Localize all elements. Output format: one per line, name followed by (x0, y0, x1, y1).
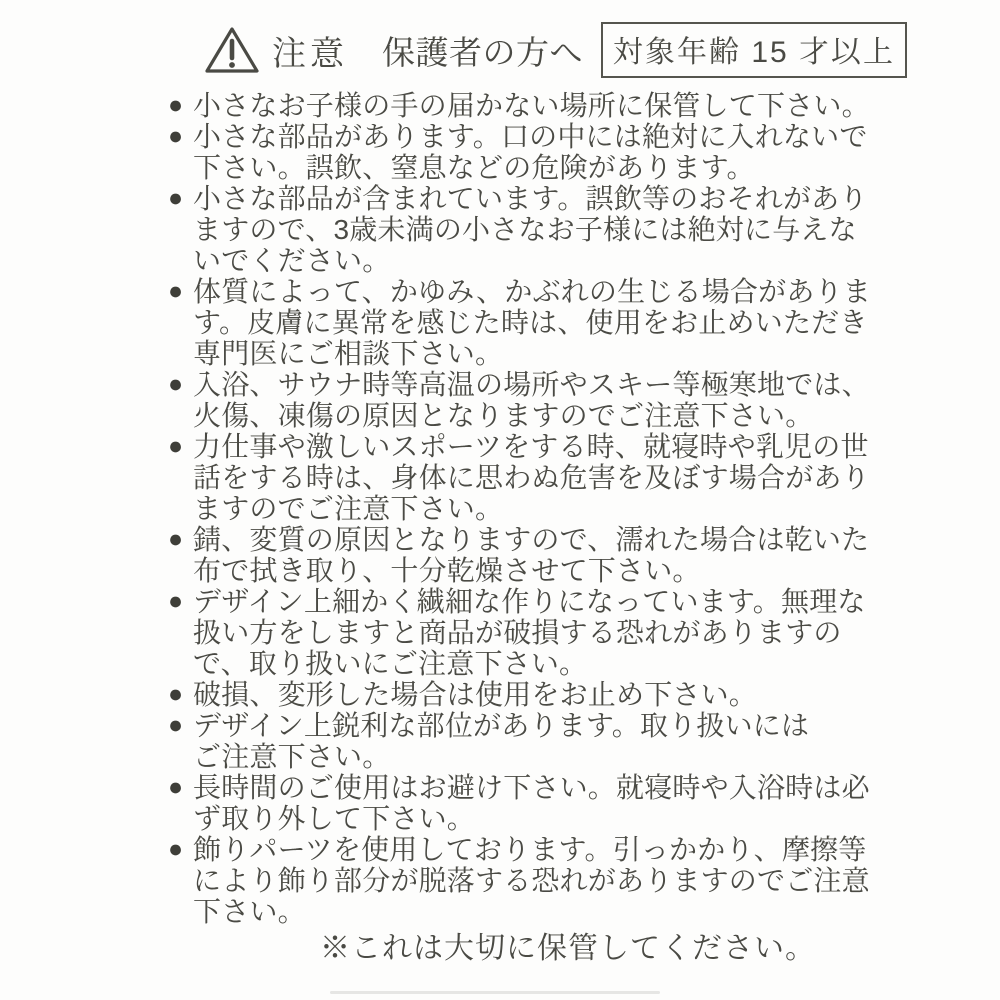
warning-list: ● 小さなお子様の手の届かない場所に保管して下さい。 ● 小さな部品があります。… (168, 90, 898, 967)
warning-item: ● 破損、変形した場合は使用をお止め下さい。 (168, 679, 898, 710)
keep-note: ※これは大切に保管してください。 (168, 931, 898, 967)
warning-item: ● 小さな部品があります。口の中には絶対に入れないで 下さい。誤飲、窒息などの危… (168, 121, 898, 183)
bullet-icon: ● (168, 90, 193, 121)
bullet-icon: ● (168, 121, 193, 152)
warning-text: 長時間のご使用はお避け下さい。就寝時や入浴時は必 ず取り外して下さい。 (193, 772, 870, 834)
warning-text: デザイン上細かく繊細な作りになっています。無理な 扱い方をしますと商品が破損する… (193, 586, 866, 679)
warning-text: 飾りパーツを使用しております。引っかかり、摩擦等 により飾り部分が脱落する恐れが… (193, 834, 870, 927)
warning-item: ● 飾りパーツを使用しております。引っかかり、摩擦等 により飾り部分が脱落する恐… (168, 834, 898, 927)
notice-subtitle: 保護者の方へ (382, 27, 583, 74)
warning-item: ● 体質によって、かゆみ、かぶれの生じる場合がありま す。皮膚に異常を感じた時は… (168, 276, 898, 369)
warning-text: 小さなお子様の手の届かない場所に保管して下さい。 (193, 90, 870, 121)
bullet-icon: ● (168, 772, 193, 803)
warning-item: ● 小さな部品が含まれています。誤飲等のおそれがあり ますので、3歳未満の小さな… (168, 183, 898, 276)
warning-item: ● 錆、変質の原因となりますので、濡れた場合は乾いた 布で拭き取り、十分乾燥させ… (168, 524, 898, 586)
age-restriction-badge: 対象年齢 15 才以上 (601, 22, 907, 78)
warning-text: 力仕事や激しいスポーツをする時、就寝時や乳児の世 話をする時は、身体に思わぬ危害… (193, 431, 870, 524)
warning-item: ● 入浴、サウナ時等高温の場所やスキー等極寒地では、 火傷、凍傷の原因となります… (168, 369, 898, 431)
warning-item: ● 長時間のご使用はお避け下さい。就寝時や入浴時は必 ず取り外して下さい。 (168, 772, 898, 834)
warning-text: デザイン上鋭利な部位があります。取り扱いには ご注意下さい。 (193, 710, 809, 772)
bullet-icon: ● (168, 834, 193, 865)
warning-text: 小さな部品が含まれています。誤飲等のおそれがあり ますので、3歳未満の小さなお子… (193, 183, 868, 276)
bullet-icon: ● (168, 524, 193, 555)
warning-text: 体質によって、かゆみ、かぶれの生じる場合がありま す。皮膚に異常を感じた時は、使… (193, 276, 871, 369)
bullet-icon: ● (168, 431, 193, 462)
warning-text: 破損、変形した場合は使用をお止め下さい。 (193, 679, 757, 710)
scan-artifact (330, 991, 660, 994)
bullet-icon: ● (168, 586, 193, 617)
warning-text: 入浴、サウナ時等高温の場所やスキー等極寒地では、 火傷、凍傷の原因となりますので… (193, 369, 870, 431)
warning-triangle-icon (204, 25, 260, 75)
bullet-icon: ● (168, 710, 193, 741)
bullet-icon: ● (168, 679, 193, 710)
warning-item: ● デザイン上細かく繊細な作りになっています。無理な 扱い方をしますと商品が破損… (168, 586, 898, 679)
warning-notice-page: 注意 保護者の方へ 対象年齢 15 才以上 ● 小さなお子様の手の届かない場所に… (0, 0, 1000, 1000)
bullet-icon: ● (168, 183, 193, 214)
warning-item: ● 小さなお子様の手の届かない場所に保管して下さい。 (168, 90, 898, 121)
warning-item: ● 力仕事や激しいスポーツをする時、就寝時や乳児の世 話をする時は、身体に思わぬ… (168, 431, 898, 524)
bullet-icon: ● (168, 276, 193, 307)
warning-item: ● デザイン上鋭利な部位があります。取り扱いには ご注意下さい。 (168, 710, 898, 772)
warning-text: 錆、変質の原因となりますので、濡れた場合は乾いた 布で拭き取り、十分乾燥させて下… (193, 524, 869, 586)
warning-text: 小さな部品があります。口の中には絶対に入れないで 下さい。誤飲、窒息などの危険が… (193, 121, 868, 183)
notice-header: 注意 保護者の方へ 対象年齢 15 才以上 (204, 24, 907, 76)
notice-title: 注意 (272, 26, 348, 75)
bullet-icon: ● (168, 369, 193, 400)
